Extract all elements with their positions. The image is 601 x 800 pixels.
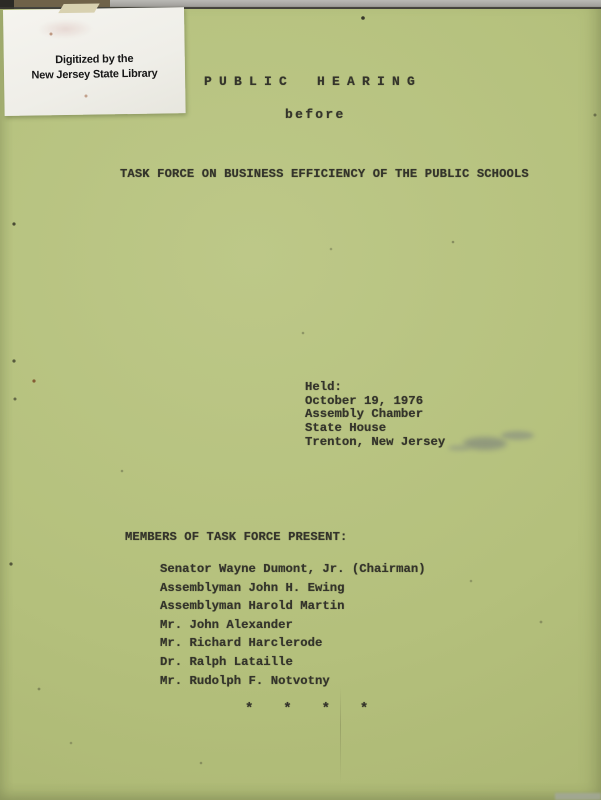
member-name: Mr. Rudolph F. Notvotny <box>160 672 426 691</box>
member-name: Senator Wayne Dumont, Jr. (Chairman) <box>160 560 426 579</box>
section-divider-stars: * * * * <box>245 701 369 717</box>
binding-dark-segment <box>0 0 14 9</box>
hearing-details-block: Held: October 19, 1976 Assembly Chamber … <box>305 381 445 450</box>
paper-specks <box>0 0 2 2</box>
held-city: Trenton, New Jersey <box>305 436 445 450</box>
library-sticker: Digitized by the New Jersey State Librar… <box>3 7 186 116</box>
scanned-document-page: Digitized by the New Jersey State Librar… <box>0 0 601 800</box>
page-corner-shadow <box>555 793 601 800</box>
ink-smudge <box>448 445 470 451</box>
committee-name: TASK FORCE ON BUSINESS EFFICIENCY OF THE… <box>120 167 529 181</box>
members-heading: MEMBERS OF TASK FORCE PRESENT: <box>125 530 347 544</box>
sticker-faint-smudge <box>37 19 93 40</box>
sticker-fold-mark <box>58 3 99 13</box>
member-name: Assemblyman Harold Martin <box>160 597 426 616</box>
member-name: Dr. Ralph Lataille <box>160 653 426 672</box>
before-label: before <box>285 107 346 122</box>
page-title: PUBLIC HEARING <box>204 74 422 89</box>
member-name: Mr. Richard Harclerode <box>160 634 426 653</box>
ink-smudge <box>501 431 534 440</box>
paper-crease <box>340 686 341 784</box>
held-label: Held: <box>305 381 445 395</box>
held-building: State House <box>305 422 445 436</box>
sticker-line-2: New Jersey State Library <box>4 66 185 83</box>
member-name: Assemblyman John H. Ewing <box>160 579 426 598</box>
sticker-text: Digitized by the New Jersey State Librar… <box>4 51 185 83</box>
member-name: Mr. John Alexander <box>160 616 426 635</box>
members-list: Senator Wayne Dumont, Jr. (Chairman) Ass… <box>160 560 426 690</box>
